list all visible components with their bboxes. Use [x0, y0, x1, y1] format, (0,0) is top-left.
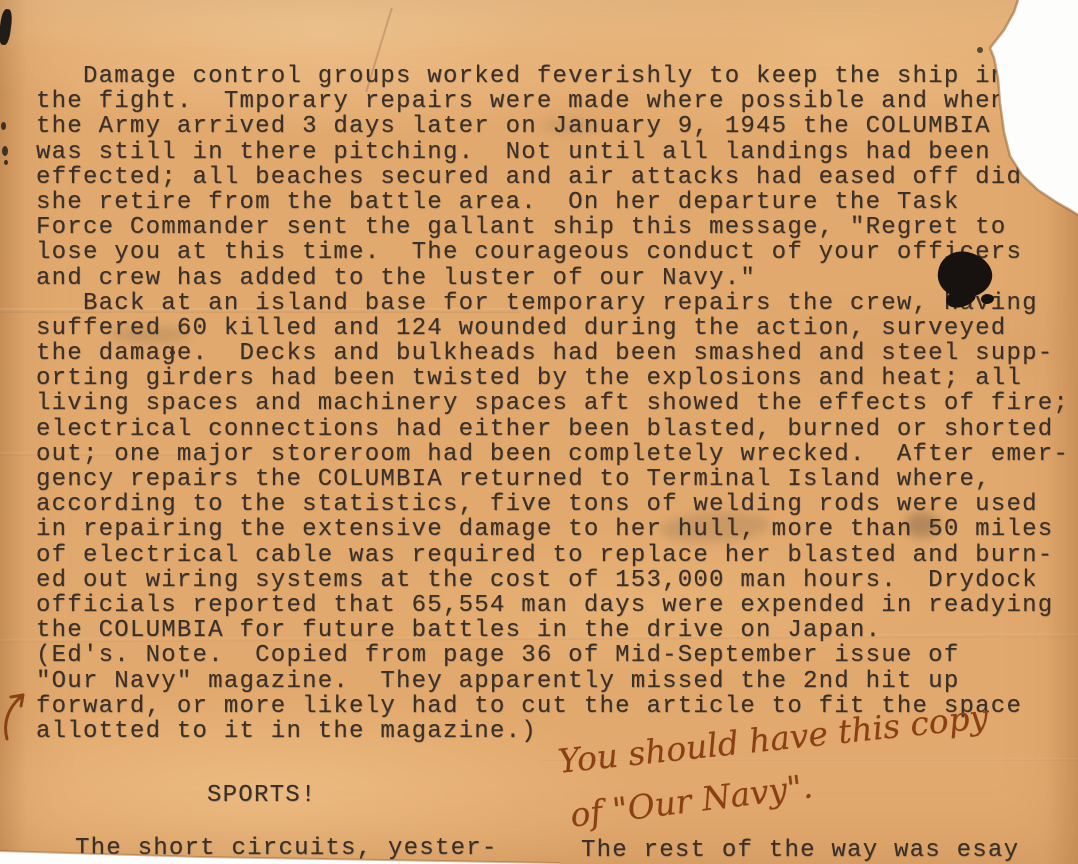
typed-line: Back at an island base for temporary rep…	[36, 291, 1069, 316]
torn-corner	[938, 0, 1078, 220]
typed-line: orting girders had been twisted by the e…	[36, 366, 1069, 391]
paper-bottom-edge	[0, 848, 560, 864]
speck	[4, 160, 8, 165]
right-column-line: The rest of the way was esay	[534, 838, 1019, 863]
speck	[1, 122, 6, 130]
typed-line: effected; all beaches secured and air at…	[36, 165, 1069, 190]
typed-line: the damage. Decks and bulkheads had been…	[36, 341, 1069, 366]
typed-line: electrical connections had either been b…	[36, 417, 1069, 442]
typed-line: and crew has added to the luster of our …	[36, 266, 1069, 291]
typed-line: she retire from the battle area. On her …	[36, 190, 1069, 215]
typed-line: according to the statistics, five tons o…	[36, 492, 1069, 517]
typed-line: gency repairs the COLUMBIA returned to T…	[36, 467, 1069, 492]
typed-line: the Army arrived 3 days later on January…	[36, 114, 1069, 139]
speck	[2, 146, 8, 156]
typed-line: (Ed's. Note. Copied from page 36 of Mid-…	[36, 643, 1069, 668]
speck	[170, 350, 175, 355]
handwritten-arrow-icon	[1, 690, 35, 742]
typed-line: suffered 60 killed and 124 wounded durin…	[36, 316, 1069, 341]
sports-heading: SPORTS!	[207, 783, 317, 808]
typed-line: living spaces and machinery spaces aft s…	[36, 391, 1069, 416]
typed-line: officials reported that 65,554 man days …	[36, 593, 1069, 618]
typed-line: the COLUMBIA for future battles in the d…	[36, 618, 1069, 643]
typed-line: "Our Navy" magazine. They apparently mis…	[36, 669, 1069, 694]
typed-line: Force Commander sent the gallant ship th…	[36, 215, 1069, 240]
typed-line: the fight. Tmporary repairs were made wh…	[36, 89, 1069, 114]
typed-line: of electrical cable was required to repl…	[36, 543, 1069, 568]
typed-line: was still in there pitching. Not until a…	[36, 140, 1069, 165]
typed-line: ed out wiring systems at the cost of 153…	[36, 568, 1069, 593]
article-body: Damage control groups worked feverishly …	[36, 64, 1069, 744]
typed-line: lose you at this time. The courageous co…	[36, 240, 1069, 265]
typed-line: out; one major storeroom had been comple…	[36, 442, 1069, 467]
typed-line: in repairing the extensive damage to her…	[36, 517, 1069, 542]
scanned-page: Damage control groups worked feverishly …	[0, 0, 1078, 864]
typed-line: Damage control groups worked feverishly …	[36, 64, 1069, 89]
